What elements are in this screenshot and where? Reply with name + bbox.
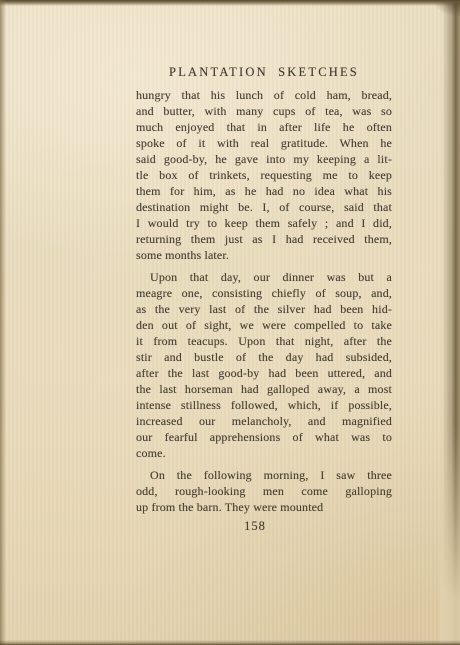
text-line: some months later. xyxy=(136,247,392,263)
text-line: odd, rough-looking men come galloping xyxy=(136,483,392,499)
paragraph: On the following morning, I saw threeodd… xyxy=(136,467,392,515)
text-line: much enjoyed that in after life he often xyxy=(136,119,392,135)
text-line: it from teacups. Upon that night, after … xyxy=(136,333,392,349)
text-line: as the very last of the silver had been … xyxy=(136,301,392,317)
text-line: and butter, with many cups of tea, was s… xyxy=(136,103,392,119)
text-line: intense stillness followed, which, if po… xyxy=(136,397,392,413)
text-line: our fearful apprehensions of what was to xyxy=(136,429,392,445)
body-text: hungry that his lunch of cold ham, bread… xyxy=(136,87,392,515)
text-line: returning them just as I had received th… xyxy=(136,231,392,247)
text-line: stir and bustle of the day had subsided, xyxy=(136,349,392,365)
text-line: come. xyxy=(136,445,392,461)
page-number: 158 xyxy=(136,518,374,534)
text-line: after the last good-by had been uttered,… xyxy=(136,365,392,381)
paragraph: Upon that day, our dinner was but ameagr… xyxy=(136,269,392,461)
book-page-scan: PLANTATION SKETCHES hungry that his lunc… xyxy=(0,0,460,645)
page-corner-top-right-shadow xyxy=(434,0,460,16)
text-line: said good-by, he gave into my keeping a … xyxy=(136,151,392,167)
paragraph: hungry that his lunch of cold ham, bread… xyxy=(136,87,392,263)
page-edge-left xyxy=(0,0,6,645)
text-line: up from the barn. They were mounted xyxy=(136,499,392,515)
text-line: spoke of it with real gratitude. When he xyxy=(136,135,392,151)
text-line: tle box of trinkets, requesting me to ke… xyxy=(136,167,392,183)
text-line: On the following morning, I saw three xyxy=(136,467,392,483)
page-content: PLANTATION SKETCHES hungry that his lunc… xyxy=(136,64,392,534)
running-header: PLANTATION SKETCHES xyxy=(136,64,392,80)
page-edge-top xyxy=(0,0,460,6)
text-line: den out of sight, we were compelled to t… xyxy=(136,317,392,333)
text-line: the last horseman had galloped away, a m… xyxy=(136,381,392,397)
page-edge-right-shadow xyxy=(442,0,460,645)
text-line: destination might be. I, of course, said… xyxy=(136,199,392,215)
text-line: Upon that day, our dinner was but a xyxy=(136,269,392,285)
page-edge-bottom xyxy=(0,640,460,645)
page-edge-right-fade xyxy=(440,425,460,645)
text-line: increased our melancholy, and magnified xyxy=(136,413,392,429)
text-line: I would try to keep them safely ; and I … xyxy=(136,215,392,231)
text-line: them for him, as he had no idea what his xyxy=(136,183,392,199)
text-line: meagre one, consisting chiefly of soup, … xyxy=(136,285,392,301)
text-line: hungry that his lunch of cold ham, bread… xyxy=(136,87,392,103)
